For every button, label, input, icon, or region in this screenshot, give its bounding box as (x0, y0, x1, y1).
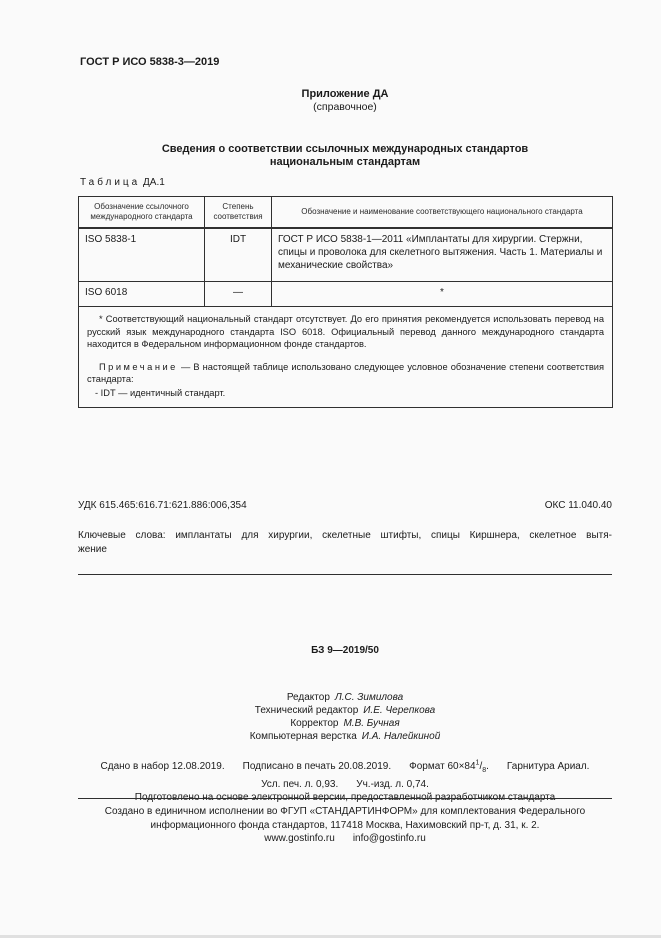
cell-national-standard: * (272, 282, 613, 307)
table-row: ISO 5838-1 IDT ГОСТ Р ИСО 5838-1—2011 «И… (79, 228, 613, 282)
keywords-line1: Ключевые слова: имплантаты для хирургии,… (78, 529, 612, 543)
header-national-standard: Обозначение и наименование соответствующ… (272, 197, 613, 229)
credit-line: КорректорМ.В. Бучная (78, 717, 612, 730)
correspondence-table: Обозначение ссылочного международного ст… (78, 196, 613, 408)
credit-name: М.В. Бучная (343, 718, 399, 729)
separator-rule-bottom (78, 798, 612, 799)
keywords-line2: жение (78, 543, 612, 557)
cell-national-standard: ГОСТ Р ИСО 5838-1—2011 «Имплантаты для х… (272, 228, 613, 282)
cell-ref-standard: ISO 5838-1 (79, 228, 205, 282)
credit-role: Компьютерная верстка (250, 731, 357, 742)
imprint-typeset: Сдано в набор 12.08.2019. (101, 761, 225, 772)
section-title-line1: Сведения о соответствии ссылочных междун… (78, 143, 612, 156)
table-footnote-row: * Соответствующий национальный стандарт … (79, 307, 613, 408)
table-header-row: Обозначение ссылочного международного ст… (79, 197, 613, 229)
credit-role: Редактор (287, 692, 330, 703)
imprint-signed: Подписано в печать 20.08.2019. (243, 761, 391, 772)
footer-contacts: www.gostinfo.ruinfo@gostinfo.ru (78, 832, 612, 846)
doc-code: ГОСТ Р ИСО 5838-3—2019 (80, 56, 219, 68)
section-title-line2: национальным стандартам (78, 156, 612, 169)
credit-line: РедакторЛ.С. Зимилова (78, 691, 612, 704)
keywords-block: Ключевые слова: имплантаты для хирургии,… (78, 529, 612, 557)
annex-heading: Приложение ДА (справочное) (78, 88, 612, 114)
imprint-garniture: Гарнитура Ариал. (507, 761, 590, 772)
table-footnote-cell: * Соответствующий национальный стандарт … (79, 307, 613, 408)
section-title: Сведения о соответствии ссылочных междун… (78, 143, 612, 169)
imprint-uch: Уч.-изд. л. 0,74. (356, 779, 429, 790)
table-caption: Таблица ДА.1 (80, 177, 165, 188)
annex-subtitle: (справочное) (78, 101, 612, 114)
imprint-usl: Усл. печ. л. 0,93. (261, 779, 338, 790)
note-label: Примечание (99, 362, 178, 372)
note-item-idt: - IDT — идентичный стандарт. (95, 387, 604, 400)
classification-codes: УДК 615.465:616.71:621.886:006,354 ОКС 1… (78, 500, 612, 511)
cell-degree: — (205, 282, 272, 307)
footer-website: www.gostinfo.ru (264, 833, 335, 844)
bz-code: БЗ 9—2019/50 (78, 645, 612, 656)
imprint-line1: Сдано в набор 12.08.2019.Подписано в печ… (78, 757, 612, 778)
table-caption-number: ДА.1 (143, 177, 165, 188)
header-ref-standard: Обозначение ссылочного международного ст… (79, 197, 205, 229)
credit-name: И.Е. Черепкова (363, 705, 435, 716)
credit-role: Технический редактор (255, 705, 358, 716)
credit-name: И.А. Налейкиной (362, 731, 441, 742)
note-paragraph: Примечание — В настоящей таблице использ… (87, 361, 604, 386)
credit-line: Компьютерная версткаИ.А. Налейкиной (78, 730, 612, 743)
imprint-line2: Усл. печ. л. 0,93.Уч.-изд. л. 0,74. (78, 778, 612, 792)
oks-code: ОКС 11.040.40 (545, 500, 612, 511)
table-row: ISO 6018 — * (79, 282, 613, 307)
header-degree: Степень соответствия (205, 197, 272, 229)
imprint-format: Формат 60×841/8. (409, 761, 489, 772)
cell-ref-standard: ISO 6018 (79, 282, 205, 307)
table-caption-label: Таблица (80, 177, 140, 188)
footnote-text: * Соответствующий национальный стандарт … (87, 313, 604, 351)
footer-line2: информационного фонда стандартов, 117418… (78, 819, 612, 833)
publisher-footer: Создано в единичном исполнении во ФГУП «… (78, 805, 612, 846)
footer-line1: Создано в единичном исполнении во ФГУП «… (78, 805, 612, 819)
footer-email: info@gostinfo.ru (353, 833, 426, 844)
cell-degree: IDT (205, 228, 272, 282)
separator-rule-top (78, 574, 612, 575)
credit-name: Л.С. Зимилова (335, 692, 403, 703)
correspondence-table-wrap: Обозначение ссылочного международного ст… (78, 196, 612, 408)
credit-role: Корректор (290, 718, 338, 729)
credits-block: РедакторЛ.С. Зимилова Технический редакт… (78, 691, 612, 743)
udk-code: УДК 615.465:616.71:621.886:006,354 (78, 500, 247, 511)
credit-line: Технический редакторИ.Е. Черепкова (78, 704, 612, 717)
annex-title: Приложение ДА (78, 88, 612, 101)
document-page: ГОСТ Р ИСО 5838-3—2019 Приложение ДА (сп… (0, 0, 661, 938)
